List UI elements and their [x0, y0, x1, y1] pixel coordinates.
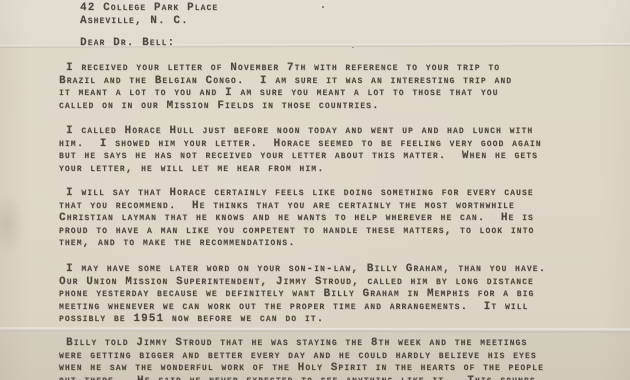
paragraph-2: I called Horace Hull just before noon to… — [59, 125, 542, 175]
letter-paper: 42 College Park Place Asheville, N. C. D… — [0, 0, 630, 380]
paper-smudge — [0, 192, 24, 256]
body-line: them, and to make the recommendations. — [59, 237, 534, 250]
body-line: I called Horace Hull just before noon to… — [66, 125, 542, 138]
paragraph-3: I will say that Horace certainly feels l… — [59, 187, 534, 250]
paragraph-4: I may have some later word on your son-i… — [59, 263, 546, 326]
body-line: meeting whenever we can work out the pro… — [59, 301, 546, 314]
body-line: but he says he has not received your let… — [59, 150, 542, 163]
address-line-2: Asheville, N. C. — [80, 15, 218, 28]
body-line: called on in our Mission Fields in those… — [59, 100, 512, 113]
paragraph-5: Billy told Jimmy Stroud that he was stay… — [59, 337, 544, 380]
body-line: I received your letter of November 7th w… — [66, 62, 512, 75]
body-line: were getting bigger and better every day… — [59, 350, 544, 363]
body-line: Christian layman that he knows and he wa… — [59, 212, 534, 225]
body-line: I may have some later word on your son-i… — [66, 263, 546, 276]
body-line: out there. He said he never expected to … — [59, 375, 544, 380]
body-line: Brazil and the Belgian Congo. I am sure … — [59, 75, 512, 88]
address-line-1: 42 College Park Place — [80, 2, 218, 15]
body-line: it meant a lot to you and I am sure you … — [59, 87, 512, 100]
paragraph-1: I received your letter of November 7th w… — [59, 62, 512, 112]
salutation: Dear Dr. Bell: — [80, 37, 175, 50]
paper-speck — [322, 6, 324, 8]
body-line: phone yesterday because we definitely wa… — [59, 288, 546, 301]
paper-speck — [352, 47, 354, 48]
body-line: when he saw the wonderful work of the Ho… — [59, 362, 544, 375]
body-line: proud to have a man like you competent t… — [59, 225, 534, 238]
body-line: Our Union Mission Superintendent, Jimmy … — [59, 276, 546, 289]
body-line: your letter, he will let me hear from hi… — [59, 163, 542, 176]
body-line: him. I showed him your letter. Horace se… — [59, 138, 542, 151]
body-line: that you recommend. He thinks that you a… — [59, 200, 534, 213]
sender-address: 42 College Park Place Asheville, N. C. — [80, 2, 218, 27]
body-line: I will say that Horace certainly feels l… — [66, 187, 534, 200]
body-line: possibly be 1951 now before we can do it… — [59, 313, 546, 326]
body-line: Billy told Jimmy Stroud that he was stay… — [66, 337, 544, 350]
paper-fold-crease-bottom — [0, 327, 630, 332]
